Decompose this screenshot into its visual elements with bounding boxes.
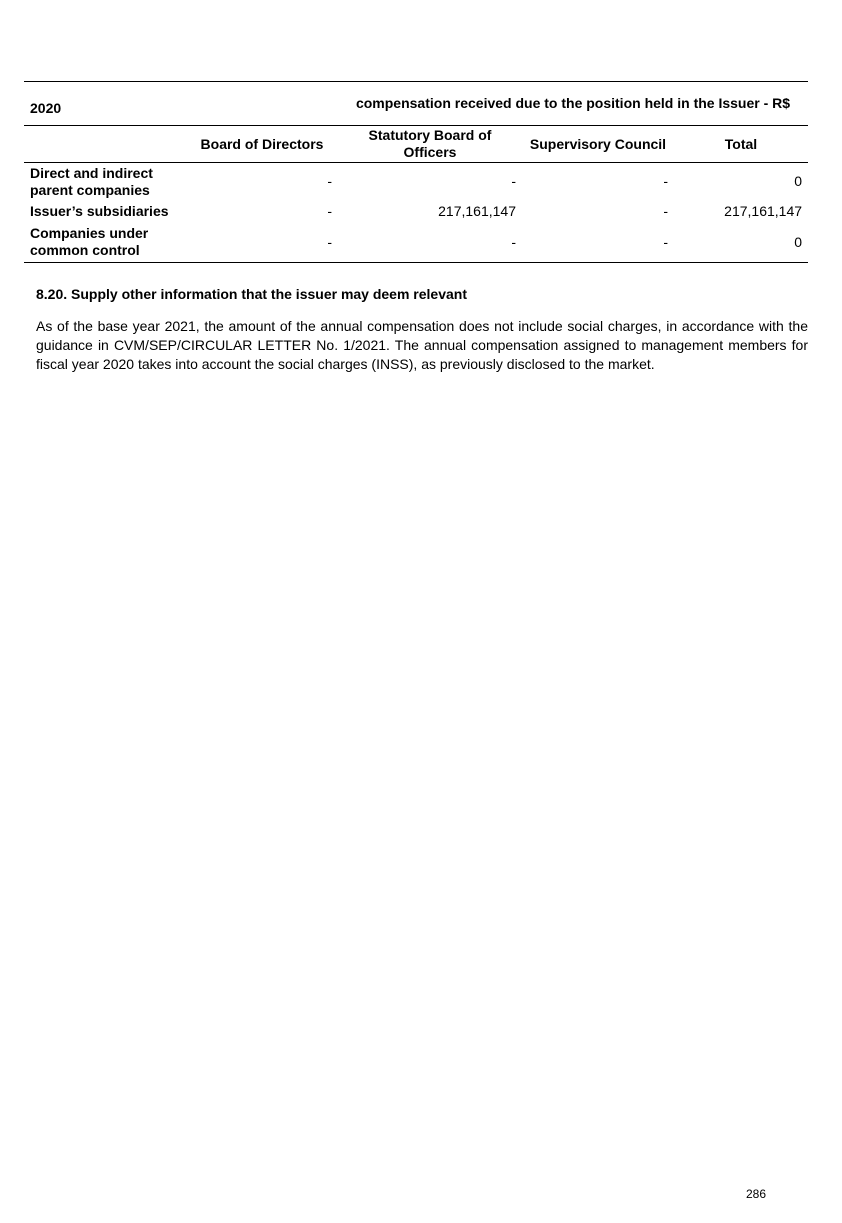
cell-value: 217,161,147 <box>674 201 808 223</box>
cell-value: - <box>522 201 674 223</box>
cell-value: - <box>186 163 338 201</box>
column-header: Statutory Board of Officers <box>338 126 522 163</box>
table-row: Companies under common control - - - 0 <box>24 223 808 263</box>
section-8-20: 8.20. Supply other information that the … <box>36 285 808 374</box>
cell-value: 0 <box>674 223 808 263</box>
section-heading: 8.20. Supply other information that the … <box>36 285 808 303</box>
cell-value: 217,161,147 <box>338 201 522 223</box>
column-header: Board of Directors <box>186 126 338 163</box>
cell-value: - <box>522 163 674 201</box>
row-label: Companies under common control <box>24 223 186 263</box>
compensation-table: 2020 compensation received due to the po… <box>24 81 808 263</box>
table-row: Issuer’s subsidiaries - 217,161,147 - 21… <box>24 201 808 223</box>
cell-value: 0 <box>674 163 808 201</box>
page-number: 286 <box>746 1187 766 1201</box>
year-label: 2020 <box>24 82 186 126</box>
cell-value: - <box>186 201 338 223</box>
cell-value: - <box>522 223 674 263</box>
row-label: Issuer’s subsidiaries <box>24 201 186 223</box>
table-header-row-1: 2020 compensation received due to the po… <box>24 82 808 126</box>
section-body: As of the base year 2021, the amount of … <box>36 317 808 374</box>
row-label: Direct and indirect parent companies <box>24 163 186 201</box>
column-header: Total <box>674 126 808 163</box>
table-header-row-2: Board of Directors Statutory Board of Of… <box>24 126 808 163</box>
cell-value: - <box>338 163 522 201</box>
table-row: Direct and indirect parent companies - -… <box>24 163 808 201</box>
cell-value: - <box>338 223 522 263</box>
cell-value: - <box>186 223 338 263</box>
column-header: Supervisory Council <box>522 126 674 163</box>
compensation-span-title: compensation received due to the positio… <box>338 82 808 126</box>
